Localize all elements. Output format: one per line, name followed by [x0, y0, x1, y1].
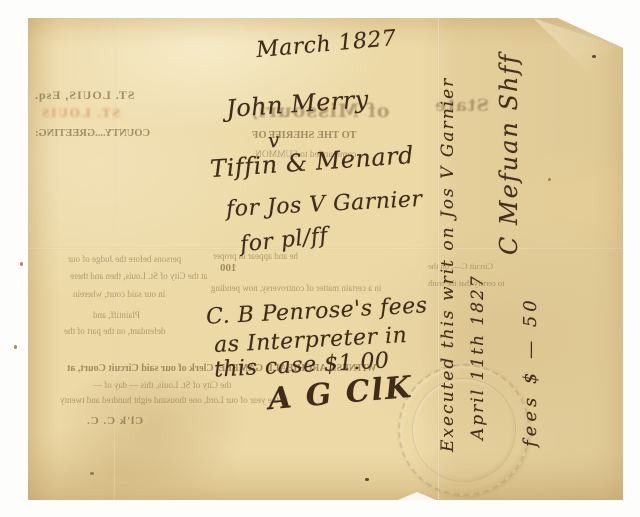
bleedthrough-witness-line2: the City of St. Louis, this — day of — — [93, 380, 231, 390]
foxing-speck — [548, 178, 551, 181]
foxing-speck — [365, 478, 369, 481]
bleedthrough-red-fragment: ST. LOUIS — [40, 105, 120, 121]
bottom-edge-tear — [398, 492, 436, 500]
bleedthrough-body2: at the City of St. Louis, then and there — [70, 271, 207, 281]
handwritten-defendant: Tiffin & Menard — [209, 141, 415, 183]
return-fee: fees $ — 50 — [520, 296, 541, 447]
handwritten-versus: v — [267, 127, 281, 152]
foxing-speck — [592, 55, 596, 58]
bleedthrough-witness-line3: in the year of our Lord, one thousand ei… — [60, 395, 288, 405]
margin-red-speck — [14, 345, 17, 349]
bleedthrough-body-100: 100 — [220, 262, 237, 274]
margin-red-speck — [20, 262, 23, 266]
return-executed-line: Executed this writ on Jos V Garnier — [438, 77, 458, 452]
bleedthrough-body4: Plaintiff, and — [93, 310, 140, 320]
clipped-corner-fold — [533, 18, 623, 106]
bleedthrough-body3a: in a certain matter of controversy, now … — [211, 283, 381, 293]
handwritten-for-garnier: for Jos V Garnier — [225, 187, 423, 222]
embossed-court-seal — [398, 364, 530, 496]
return-date-line: April 11th 1827 — [468, 274, 488, 440]
bleedthrough-body3b: in our said court, wherein — [73, 289, 165, 299]
foxing-speck — [90, 472, 94, 475]
return-sheriff-signature: C Mefuan Shff — [495, 53, 523, 255]
embossed-seal-inner-ring — [412, 378, 516, 482]
bleedthrough-county-greeting: COUNTY....GREETING: — [35, 128, 150, 139]
document-paper: ST. LOUIS, Esq. ST. LOUIS COUNTY....GREE… — [28, 18, 623, 500]
bleedthrough-body5: defendant, on the part of the — [64, 326, 165, 336]
scanned-document: ST. LOUIS, Esq. ST. LOUIS COUNTY....GREE… — [0, 0, 640, 517]
handwritten-date: March 1827 — [255, 26, 397, 63]
bleedthrough-body1b: persons before the Judge of our — [68, 254, 181, 264]
bleedthrough-clk-cc: Cl'k C. C. — [86, 415, 143, 427]
handwritten-for-plaintiff: for pl/ff — [239, 223, 329, 257]
bleedthrough-st-louis: ST. LOUIS, Esq. — [34, 88, 134, 103]
